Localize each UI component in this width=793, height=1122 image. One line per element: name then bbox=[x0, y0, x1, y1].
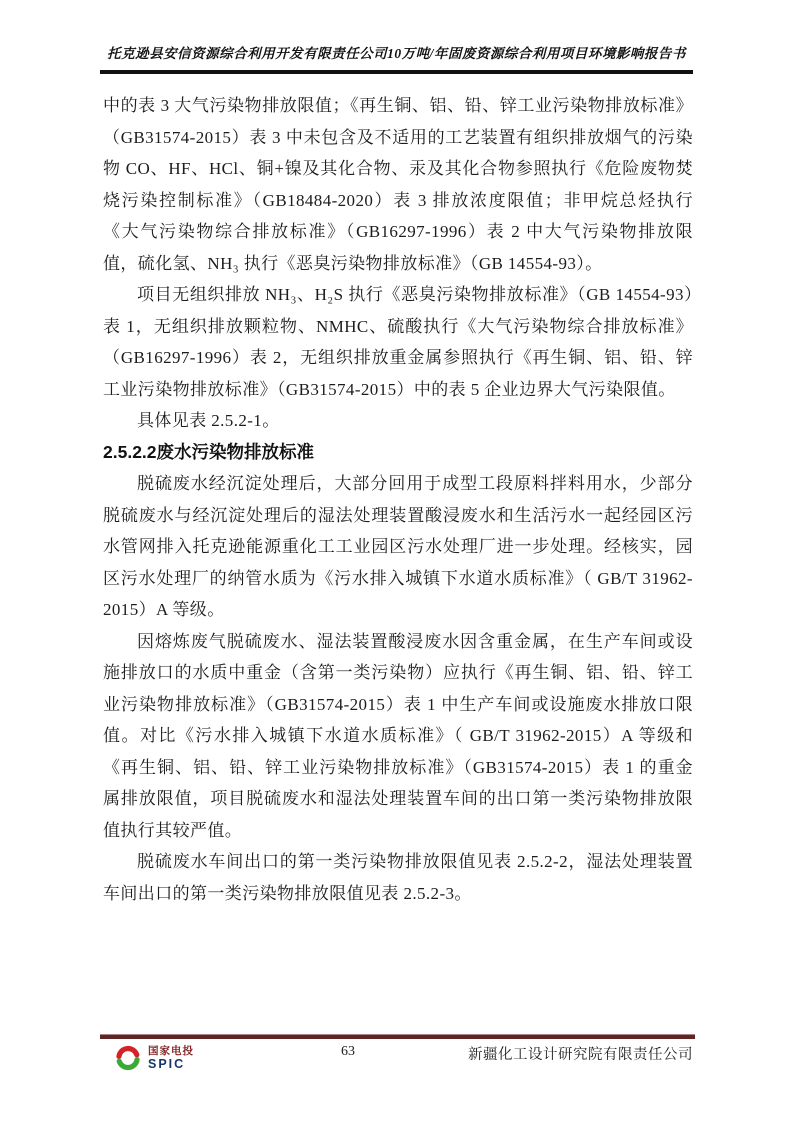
section-heading-wastewater-standards: 2.5.2.2废水污染物排放标准 bbox=[103, 437, 693, 469]
document-body: 中的表 3 大气污染物排放限值；《再生铜、铝、铅、锌工业污染物排放标准》（GB3… bbox=[103, 90, 693, 909]
footer-company-name: 新疆化工设计研究院有限责任公司 bbox=[468, 1043, 693, 1064]
paragraph-heavy-metal-limits: 因熔炼废气脱硫废水、湿法装置酸浸废水因含重金属，在生产车间或设施排放口的水质中重… bbox=[103, 626, 693, 847]
paragraph-air-standards-continued: 中的表 3 大气污染物排放限值；《再生铜、铝、铅、锌工业污染物排放标准》（GB3… bbox=[103, 90, 693, 279]
page-header: 托克逊县安信资源综合利用开发有限责任公司10万吨/年固废资源综合利用项目环境影响… bbox=[100, 42, 693, 74]
paragraph-fugitive-emissions: 项目无组织排放 NH₃、H₂S 执行《恶臭污染物排放标准》（GB 14554-9… bbox=[103, 279, 693, 405]
paragraph-see-table: 具体见表 2.5.2-1。 bbox=[103, 405, 693, 437]
document-page: 托克逊县安信资源综合利用开发有限责任公司10万吨/年固废资源综合利用项目环境影响… bbox=[0, 0, 793, 1122]
header-title: 托克逊县安信资源综合利用开发有限责任公司10万吨/年固废资源综合利用项目环境影响… bbox=[100, 42, 693, 62]
header-rule bbox=[100, 70, 693, 74]
paragraph-table-references: 脱硫废水车间出口的第一类污染物排放限值见表 2.5.2-2，湿法处理装置车间出口… bbox=[103, 846, 693, 909]
paragraph-desulfurization-wastewater: 脱硫废水经沉淀处理后，大部分回用于成型工段原料拌料用水，少部分脱硫废水与经沉淀处… bbox=[103, 468, 693, 626]
footer-rule bbox=[100, 1034, 695, 1039]
